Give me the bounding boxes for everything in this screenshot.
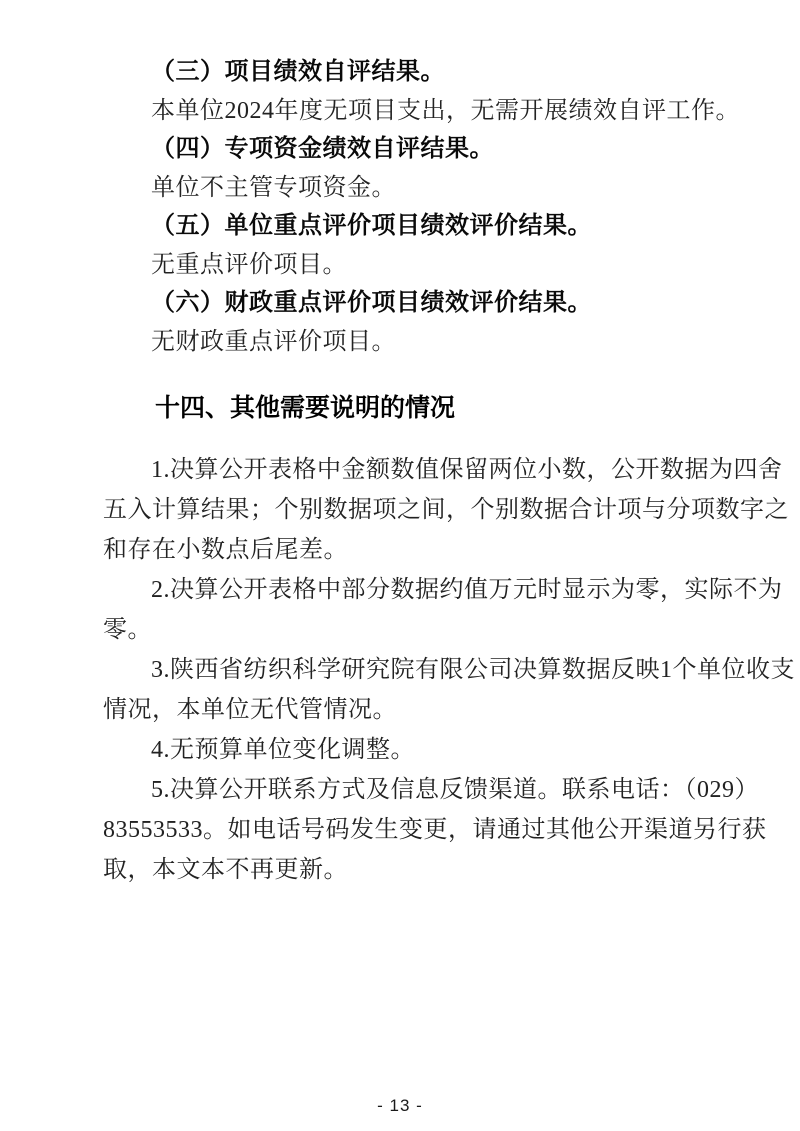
paragraph-subsection-4: 单位不主管专项资金。 <box>103 169 710 208</box>
subsection-heading-6: （六）财政重点评价项目绩效评价结果。 <box>103 284 710 323</box>
note-5-line: 83553533。如电话号码发生变更，请通过其他公开渠道另行获 <box>103 810 710 850</box>
note-1-line: 五入计算结果；个别数据项之间，个别数据合计项与分项数字之 <box>103 490 710 530</box>
note-2-line: 2.决算公开表格中部分数据约值万元时显示为零，实际不为 <box>103 570 710 610</box>
document-page: （三）项目绩效自评结果。 本单位2024年度无项目支出，无需开展绩效自评工作。 … <box>0 0 800 1131</box>
note-5-line: 取，本文本不再更新。 <box>103 850 710 890</box>
note-5-line: 5.决算公开联系方式及信息反馈渠道。联系电话：（029） <box>103 770 710 810</box>
paragraph-subsection-5: 无重点评价项目。 <box>103 246 710 285</box>
subsection-heading-4: （四）专项资金绩效自评结果。 <box>103 130 710 169</box>
note-4-line: 4.无预算单位变化调整。 <box>103 730 710 770</box>
note-1-line: 和存在小数点后尾差。 <box>103 530 710 570</box>
note-1-line: 1.决算公开表格中金额数值保留两位小数，公开数据为四舍 <box>103 450 710 490</box>
notes-list: 1.决算公开表格中金额数值保留两位小数，公开数据为四舍 五入计算结果；个别数据项… <box>103 450 710 890</box>
subsection-heading-5: （五）单位重点评价项目绩效评价结果。 <box>103 207 710 246</box>
paragraph-subsection-3: 本单位2024年度无项目支出，无需开展绩效自评工作。 <box>103 92 710 131</box>
note-3-line: 3.陕西省纺织科学研究院有限公司决算数据反映1个单位收支 <box>103 650 710 690</box>
document-content: （三）项目绩效自评结果。 本单位2024年度无项目支出，无需开展绩效自评工作。 … <box>0 0 800 890</box>
section-heading-14: 十四、其他需要说明的情况 <box>103 388 710 428</box>
note-3-line: 情况，本单位无代管情况。 <box>103 690 710 730</box>
paragraph-subsection-6: 无财政重点评价项目。 <box>103 323 710 362</box>
page-number: - 13 - <box>0 1096 800 1116</box>
subsection-heading-3: （三）项目绩效自评结果。 <box>103 53 710 92</box>
note-2-line: 零。 <box>103 610 710 650</box>
